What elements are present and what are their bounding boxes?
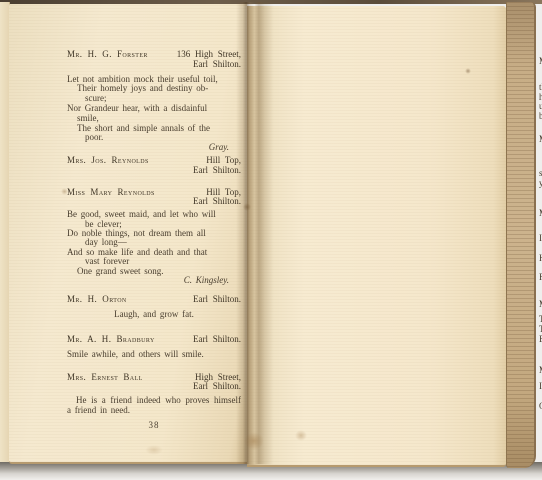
entry-ball: Mrs. Ernest Ball High Street, Earl Shilt…: [67, 373, 241, 416]
entry-orton: Mr. H. Orton Earl Shilton. Laugh, and gr…: [67, 295, 241, 320]
entry-header: Mr. H. Orton Earl Shilton.: [67, 295, 241, 305]
entry-mary-reynolds: Miss Mary Reynolds Hill Top, Earl Shilto…: [67, 188, 241, 286]
entry-forster: Mr. H. G. Forster 136 High Street, Earl …: [67, 50, 241, 153]
entry-quote: Smile awhile, and others will smile.: [67, 350, 241, 360]
entry-name: Mrs. Ernest Ball: [67, 373, 143, 383]
entry-address: High Street, Earl Shilton.: [149, 373, 241, 393]
entry-name: Miss Mary Reynolds: [67, 188, 155, 198]
right-page: Mrs. Alfred Arguile Earl Shilton. Are yo…: [247, 6, 506, 467]
address-line: Earl Shilton.: [161, 197, 241, 207]
entry-quote: Laugh, and grow fat.: [67, 310, 241, 320]
entry-name: Mr. H. G. Forster: [67, 50, 148, 60]
address-line: Earl Shilton.: [161, 335, 241, 345]
entry-verse: Let not ambition mock their useful toil,…: [67, 75, 241, 153]
page-number-left: 38: [67, 421, 241, 431]
entry-verse: Be good, sweet maid, and let who will be…: [67, 210, 241, 285]
page-block-fore-edge: [506, 2, 536, 468]
entry-name: Mr. A. H. Bradbury: [67, 335, 155, 345]
entry-header: Miss Mary Reynolds Hill Top, Earl Shilto…: [67, 188, 241, 208]
entry-jos-reynolds: Mrs. Jos. Reynolds Hill Top, Earl Shilto…: [67, 156, 241, 176]
left-page-text-block: Mr. H. G. Forster 136 High Street, Earl …: [67, 50, 241, 431]
entry-address: Hill Top, Earl Shilton.: [161, 188, 241, 208]
entry-header: Mr. H. G. Forster 136 High Street, Earl …: [67, 50, 241, 70]
entry-bradbury: Mr. A. H. Bradbury Earl Shilton. Smile a…: [67, 335, 241, 360]
entry-header: Mrs. Ernest Ball High Street, Earl Shilt…: [67, 373, 241, 393]
address-line: Earl Shilton.: [154, 60, 241, 70]
open-book-scan: Mr. H. G. Forster 136 High Street, Earl …: [0, 0, 542, 480]
entry-address: Earl Shilton.: [161, 335, 241, 345]
address-line: Earl Shilton.: [155, 166, 241, 176]
entry-address: 136 High Street, Earl Shilton.: [154, 50, 241, 70]
entry-name: Mr. H. Orton: [67, 295, 127, 305]
address-line: Earl Shilton.: [149, 382, 241, 392]
entry-header: Mr. A. H. Bradbury Earl Shilton.: [67, 335, 241, 345]
attribution: C. Kingsley.: [67, 276, 241, 285]
entry-quote: He is a friend indeed who proves himself…: [67, 396, 241, 416]
entry-name: Mrs. Jos. Reynolds: [67, 156, 149, 166]
entry-address: Hill Top, Earl Shilton.: [155, 156, 241, 176]
attribution: Gray.: [67, 143, 241, 153]
address-line: Earl Shilton.: [133, 295, 241, 305]
entry-address: Earl Shilton.: [133, 295, 241, 305]
left-page: Mr. H. G. Forster 136 High Street, Earl …: [9, 4, 247, 464]
entry-header: Mrs. Jos. Reynolds Hill Top, Earl Shilto…: [67, 156, 241, 176]
